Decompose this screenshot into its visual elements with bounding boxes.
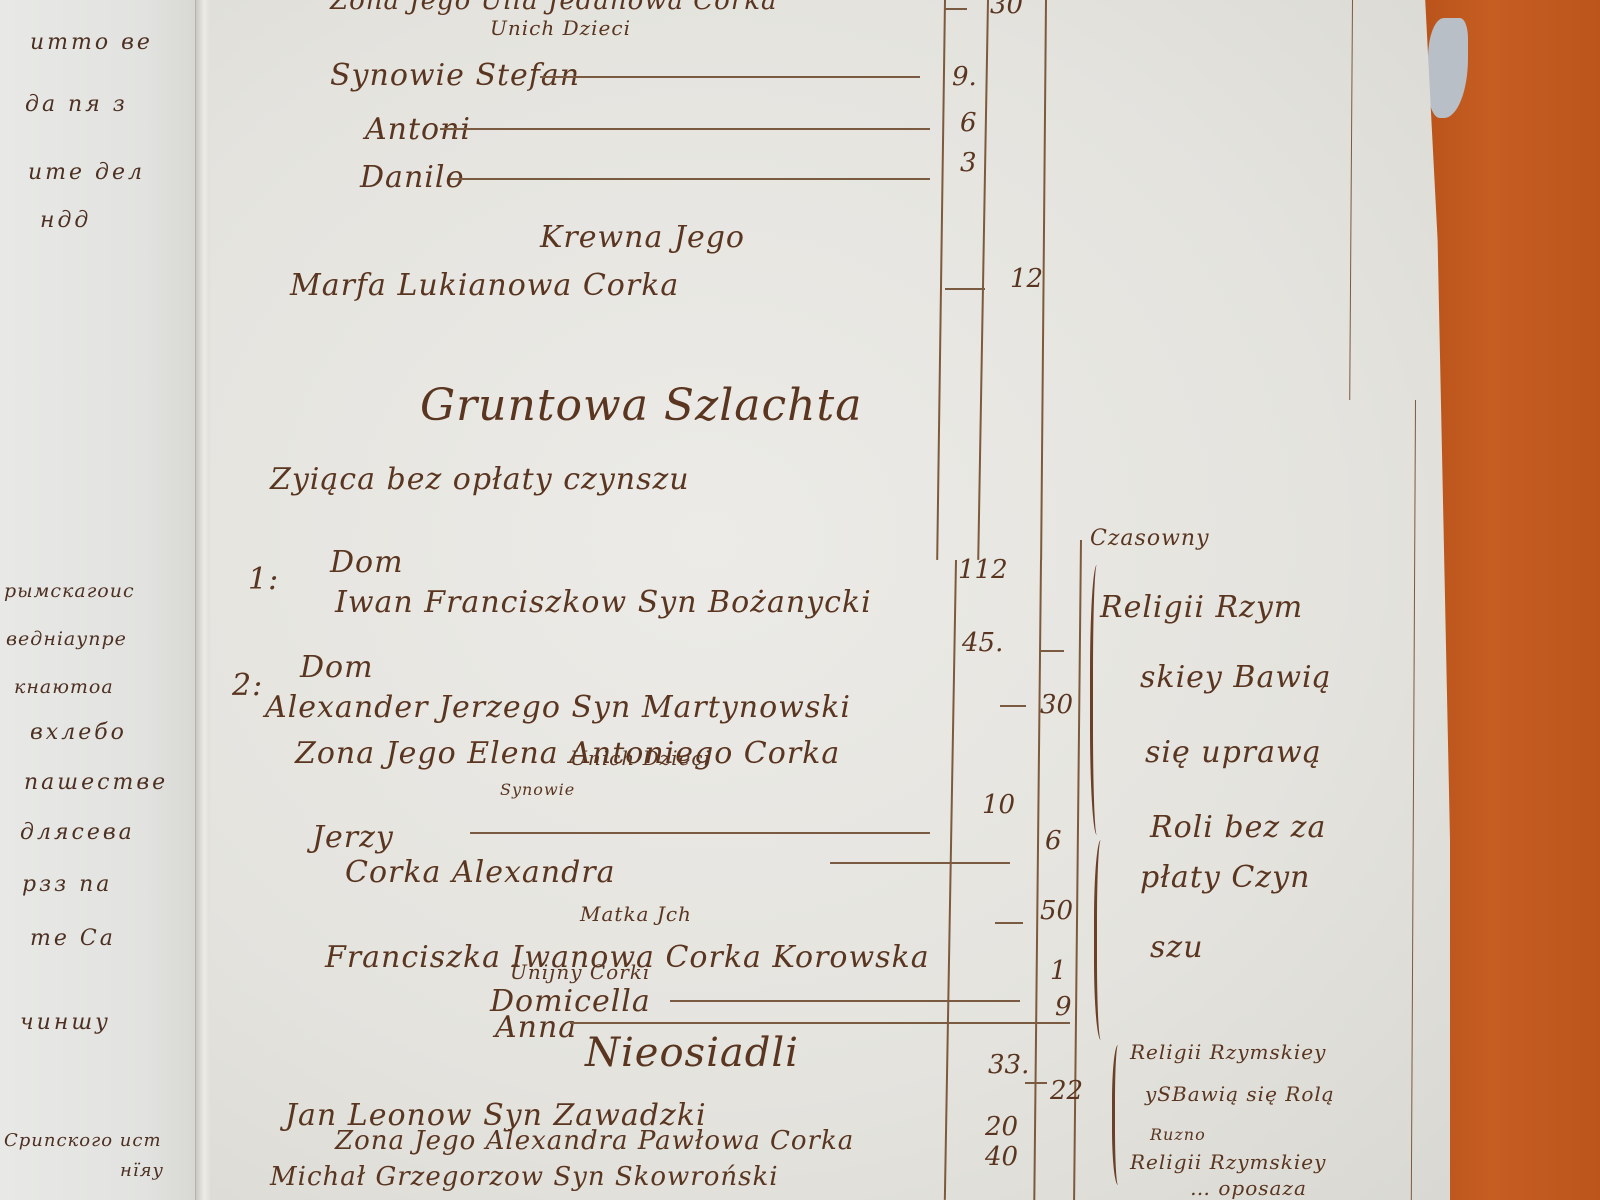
- age-value: 6: [1045, 826, 1062, 856]
- brace-mark: [1094, 840, 1111, 1040]
- entry-text: Unich Dzieci: [490, 16, 631, 40]
- note-line: płaty Czyn: [1140, 860, 1310, 895]
- entry-text: Alexander Jerzego Syn Martynowski: [265, 690, 851, 725]
- left-line: кнаютоа: [14, 676, 114, 698]
- left-line: вхлебо: [30, 720, 127, 745]
- left-page-fragment: итто ве да пя з ите дел ндд рымскагоис в…: [0, 0, 205, 1200]
- note-line: Roli bez za: [1150, 810, 1326, 845]
- ditto-dash: [1025, 1082, 1047, 1084]
- leader-line: [540, 76, 920, 78]
- left-line: ндд: [40, 208, 91, 233]
- note-line: Religii Rzymskiey: [1130, 1040, 1326, 1064]
- leader-line: [450, 178, 930, 180]
- note-line: Religii Rzymskiey: [1130, 1150, 1326, 1174]
- left-line: да пя з: [25, 92, 128, 117]
- household-label: Dom: [300, 650, 374, 685]
- entry-text: Antoni: [365, 112, 471, 147]
- left-line: Срипского ист: [4, 1130, 162, 1151]
- note-line: … oposaza: [1190, 1176, 1307, 1200]
- entry-text: Matka Jch: [580, 902, 692, 926]
- left-line: ведніаупре: [6, 628, 127, 650]
- manuscript-photo: итто ве да пя з ите дел ндд рымскагоис в…: [0, 0, 1600, 1200]
- entry-text: Marfa Lukianowa Corka: [290, 268, 679, 303]
- age-value: 6: [960, 108, 977, 138]
- age-value: 30: [990, 0, 1023, 20]
- ditto-dash: [995, 922, 1023, 924]
- leader-line: [440, 128, 930, 130]
- entry-text: Zona Jego Alexandra Pawłowa Corka: [335, 1126, 854, 1156]
- entry-text: Synowie: [500, 780, 575, 799]
- age-value: 3: [960, 148, 977, 178]
- note-line: skiey Bawią: [1140, 660, 1332, 695]
- section-subheading: Zyiąca bez opłaty czynszu: [270, 462, 690, 497]
- left-line: рзз па: [22, 872, 112, 897]
- note-line: szu: [1150, 930, 1204, 965]
- household-number: 2:: [232, 668, 263, 703]
- left-line: пашестве: [24, 770, 168, 795]
- entry-subheading: Krewna Jego: [540, 220, 745, 255]
- section-heading: Gruntowa Szlachta: [420, 380, 862, 431]
- note-line: się uprawą: [1145, 735, 1322, 770]
- left-line: ите дел: [28, 160, 145, 185]
- left-line: нїяу: [120, 1160, 164, 1181]
- entry-text: Danilo: [360, 160, 465, 195]
- household-number: 1:: [248, 562, 279, 597]
- age-value: 12: [1010, 264, 1043, 294]
- entry-text: Jerzy: [312, 820, 394, 855]
- entry-text: Corka Alexandra: [345, 855, 616, 890]
- left-line: чиншу: [20, 1010, 111, 1035]
- ditto-dash: [945, 288, 985, 290]
- left-line: итто ве: [30, 30, 153, 55]
- entry-text: Zona Jego Ulla Jedanowa Corka: [330, 0, 778, 16]
- age-value: 112: [958, 555, 1008, 585]
- ditto-dash: [1040, 650, 1064, 652]
- age-value: 30: [1040, 690, 1073, 720]
- age-value: 20: [985, 1112, 1018, 1142]
- left-line: рымскагоис: [4, 580, 135, 602]
- leader-line: [670, 1000, 1020, 1002]
- age-value: 50: [1040, 896, 1073, 926]
- entry-text: Anna: [495, 1010, 577, 1045]
- age-value: 45.: [962, 628, 1003, 658]
- household-label: Dom: [330, 545, 404, 580]
- subsection-heading: Nieosiadli: [585, 1030, 799, 1076]
- note-line: Czasowny: [1090, 526, 1210, 551]
- ditto-dash: [1000, 705, 1026, 707]
- brace-mark: [1112, 1045, 1127, 1185]
- left-line: длясева: [20, 820, 135, 845]
- entry-text: Zona Jego Elena Antoniego Corka: [295, 736, 840, 771]
- leader-line: [470, 832, 930, 834]
- age-value: 9: [1055, 992, 1072, 1022]
- entry-text: Unich Dzieci: [570, 746, 711, 770]
- age-value: 9.: [952, 62, 977, 92]
- entry-text: Michał Grzegorzow Syn Skowroński: [270, 1162, 779, 1192]
- note-line: Religii Rzym: [1100, 590, 1303, 625]
- ditto-dash: [945, 8, 967, 10]
- age-value: 40: [985, 1142, 1018, 1172]
- leader-line: [570, 1022, 1070, 1024]
- age-value: 33.: [988, 1050, 1029, 1080]
- age-value: 22: [1050, 1076, 1083, 1106]
- age-value: 10: [982, 790, 1015, 820]
- note-line: ySBawią się Rolą: [1145, 1082, 1335, 1106]
- left-line: те Са: [30, 926, 116, 951]
- age-value: 1: [1050, 956, 1067, 986]
- entry-text: Unijny Corki: [510, 960, 650, 984]
- leader-line: [830, 862, 1010, 864]
- note-line: Ruzno: [1150, 1125, 1206, 1144]
- entry-text: Iwan Franciszkow Syn Bożanycki: [335, 585, 872, 620]
